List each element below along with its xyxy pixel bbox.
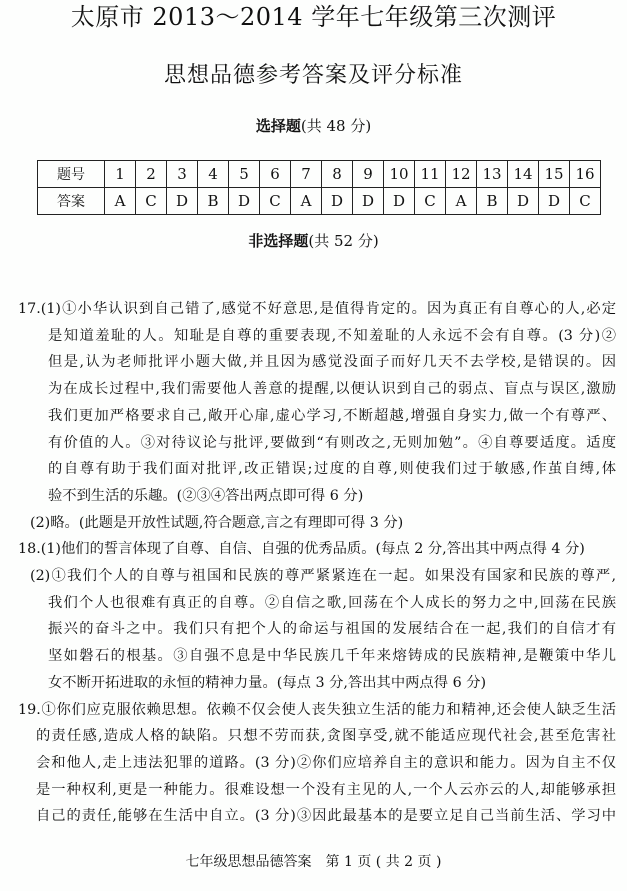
- answer-cell: C: [136, 188, 167, 215]
- answer-cell: A: [446, 188, 477, 215]
- answer-line: 但是,认为老师批评小题大做,并且因为感觉没面子而好几天不去学校,是错误的。因: [18, 349, 616, 376]
- answer-cell: D: [384, 188, 415, 215]
- question-number: 4: [198, 161, 229, 188]
- question-number: 15: [539, 161, 570, 188]
- answer-line-q19: 19.①你们应克服依赖思想。依赖不仅会使人丧失独立生活的能力和精神,还会使人缺乏…: [18, 697, 616, 724]
- answer-cell: D: [353, 188, 384, 215]
- answer-body: 17.(1)①小华认识到自己错了,感觉不好意思,是值得肯定的。因为真正有自尊心的…: [18, 296, 616, 830]
- answer-line: 振兴的奋斗之中。我们只有把个人的命运与祖国的发展结合在一起,我们的自信才有: [18, 616, 616, 643]
- non-choice-heading-score: (共 52 分): [308, 232, 378, 250]
- answer-cell: D: [322, 188, 353, 215]
- answer-line-q18-part2: (2)①我们个人的自尊与祖国和民族的尊严紧紧连在一起。如果没有国家和民族的尊严,: [18, 563, 616, 590]
- answer-line: 的责任感,造成人格的缺陷。只想不劳而获,贪图享受,就不能适应现代社会,甚至危害社: [18, 723, 616, 750]
- question-number: 3: [167, 161, 198, 188]
- question-number: 11: [415, 161, 446, 188]
- answer-line: 会和他人,走上违法犯罪的道路。(3 分)②你们应培养自主的意识和能力。因为自主不…: [18, 750, 616, 777]
- question-number: 5: [229, 161, 260, 188]
- answer-key-table: 题号 1 2 3 4 5 6 7 8 9 10 11 12 13 14 15 1…: [37, 160, 601, 215]
- answer-cell: B: [477, 188, 508, 215]
- answer-line-q17-part2: (2)略。(此题是开放性试题,符合题意,言之有理即可得 3 分): [18, 510, 616, 537]
- question-number: 9: [353, 161, 384, 188]
- document-subtitle: 思想品德参考答案及评分标准: [0, 62, 627, 90]
- answer-cell: D: [508, 188, 539, 215]
- question-number: 14: [508, 161, 539, 188]
- document-title: 太原市 2013～2014 学年七年级第三次测评: [0, 2, 627, 32]
- question-number-row: 题号 1 2 3 4 5 6 7 8 9 10 11 12 13 14 15 1…: [38, 161, 601, 188]
- answer-cell: D: [539, 188, 570, 215]
- non-choice-heading: 非选择题(共 52 分): [0, 231, 627, 251]
- answer-line: 我们更加严格要求自己,敞开心扉,虚心学习,不断超越,增强自身实力,做一个有尊严、: [18, 403, 616, 430]
- row-label-question: 题号: [38, 161, 105, 188]
- multiple-choice-heading: 选择题(共 48 分): [0, 116, 627, 136]
- question-number: 1: [105, 161, 136, 188]
- answer-line: 为在成长过程中,我们需要他人善意的提醒,以便认识到自己的弱点、盲点与误区,激励: [18, 376, 616, 403]
- answer-cell: A: [105, 188, 136, 215]
- question-number: 8: [322, 161, 353, 188]
- answer-line: 是一种权利,更是一种能力。很难设想一个没有主见的人,一个人云亦云的人,却能够承担: [18, 777, 616, 804]
- question-number: 10: [384, 161, 415, 188]
- answer-cell: D: [167, 188, 198, 215]
- page-footer: 七年级思想品德答案 第 1 页 ( 共 2 页 ): [0, 852, 627, 872]
- question-number: 6: [260, 161, 291, 188]
- answer-cell: C: [415, 188, 446, 215]
- answer-cell: C: [260, 188, 291, 215]
- answer-cell: C: [570, 188, 601, 215]
- question-number: 16: [570, 161, 601, 188]
- answer-line: 验不到生活的乐趣。(②③④答出两点即可得 6 分): [18, 483, 616, 510]
- answer-line: 自己的责任,能够在生活中自立。(3 分)③因此最基本的是要立足自己当前生活、学习…: [18, 803, 616, 830]
- question-number: 13: [477, 161, 508, 188]
- non-choice-heading-bold: 非选择题: [248, 232, 308, 250]
- answer-line: 我们个人也很难有真正的自尊。②自信之歌,回荡在个人成长的努力之中,回荡在民族: [18, 590, 616, 617]
- multiple-choice-heading-score: (共 48 分): [301, 117, 371, 135]
- answer-line-q17: 17.(1)①小华认识到自己错了,感觉不好意思,是值得肯定的。因为真正有自尊心的…: [18, 296, 616, 323]
- answer-line: 的自尊有助于我们面对批评,改正错误;过度的自尊,则使我们过于敏感,作茧自缚,体: [18, 456, 616, 483]
- answer-cell: A: [291, 188, 322, 215]
- question-number: 12: [446, 161, 477, 188]
- answer-line: 坚如磐石的根基。③自强不息是中华民族几千年来熔铸成的民族精神,是鞭策中华儿: [18, 643, 616, 670]
- row-label-answer: 答案: [38, 188, 105, 215]
- question-number: 2: [136, 161, 167, 188]
- answer-cell: D: [229, 188, 260, 215]
- answer-line-q18: 18.(1)他们的誓言体现了自尊、自信、自强的优秀品质。(每点 2 分,答出其中…: [18, 536, 616, 563]
- answer-line: 是知道羞耻的人。知耻是自尊的重要表现,不知羞耻的人永远不会有自尊。(3 分)②: [18, 323, 616, 350]
- multiple-choice-heading-bold: 选择题: [256, 117, 301, 135]
- answer-line: 女不断开拓进取的永恒的精神力量。(每点 3 分,答出其中两点得 6 分): [18, 670, 616, 697]
- answer-line: 有价值的人。③对待议论与批评,要做到“有则改之,无则加勉”。④自尊要适度。适度: [18, 430, 616, 457]
- answer-cell: B: [198, 188, 229, 215]
- question-number: 7: [291, 161, 322, 188]
- answer-row: 答案 A C D B D C A D D D C A B D D C: [38, 188, 601, 215]
